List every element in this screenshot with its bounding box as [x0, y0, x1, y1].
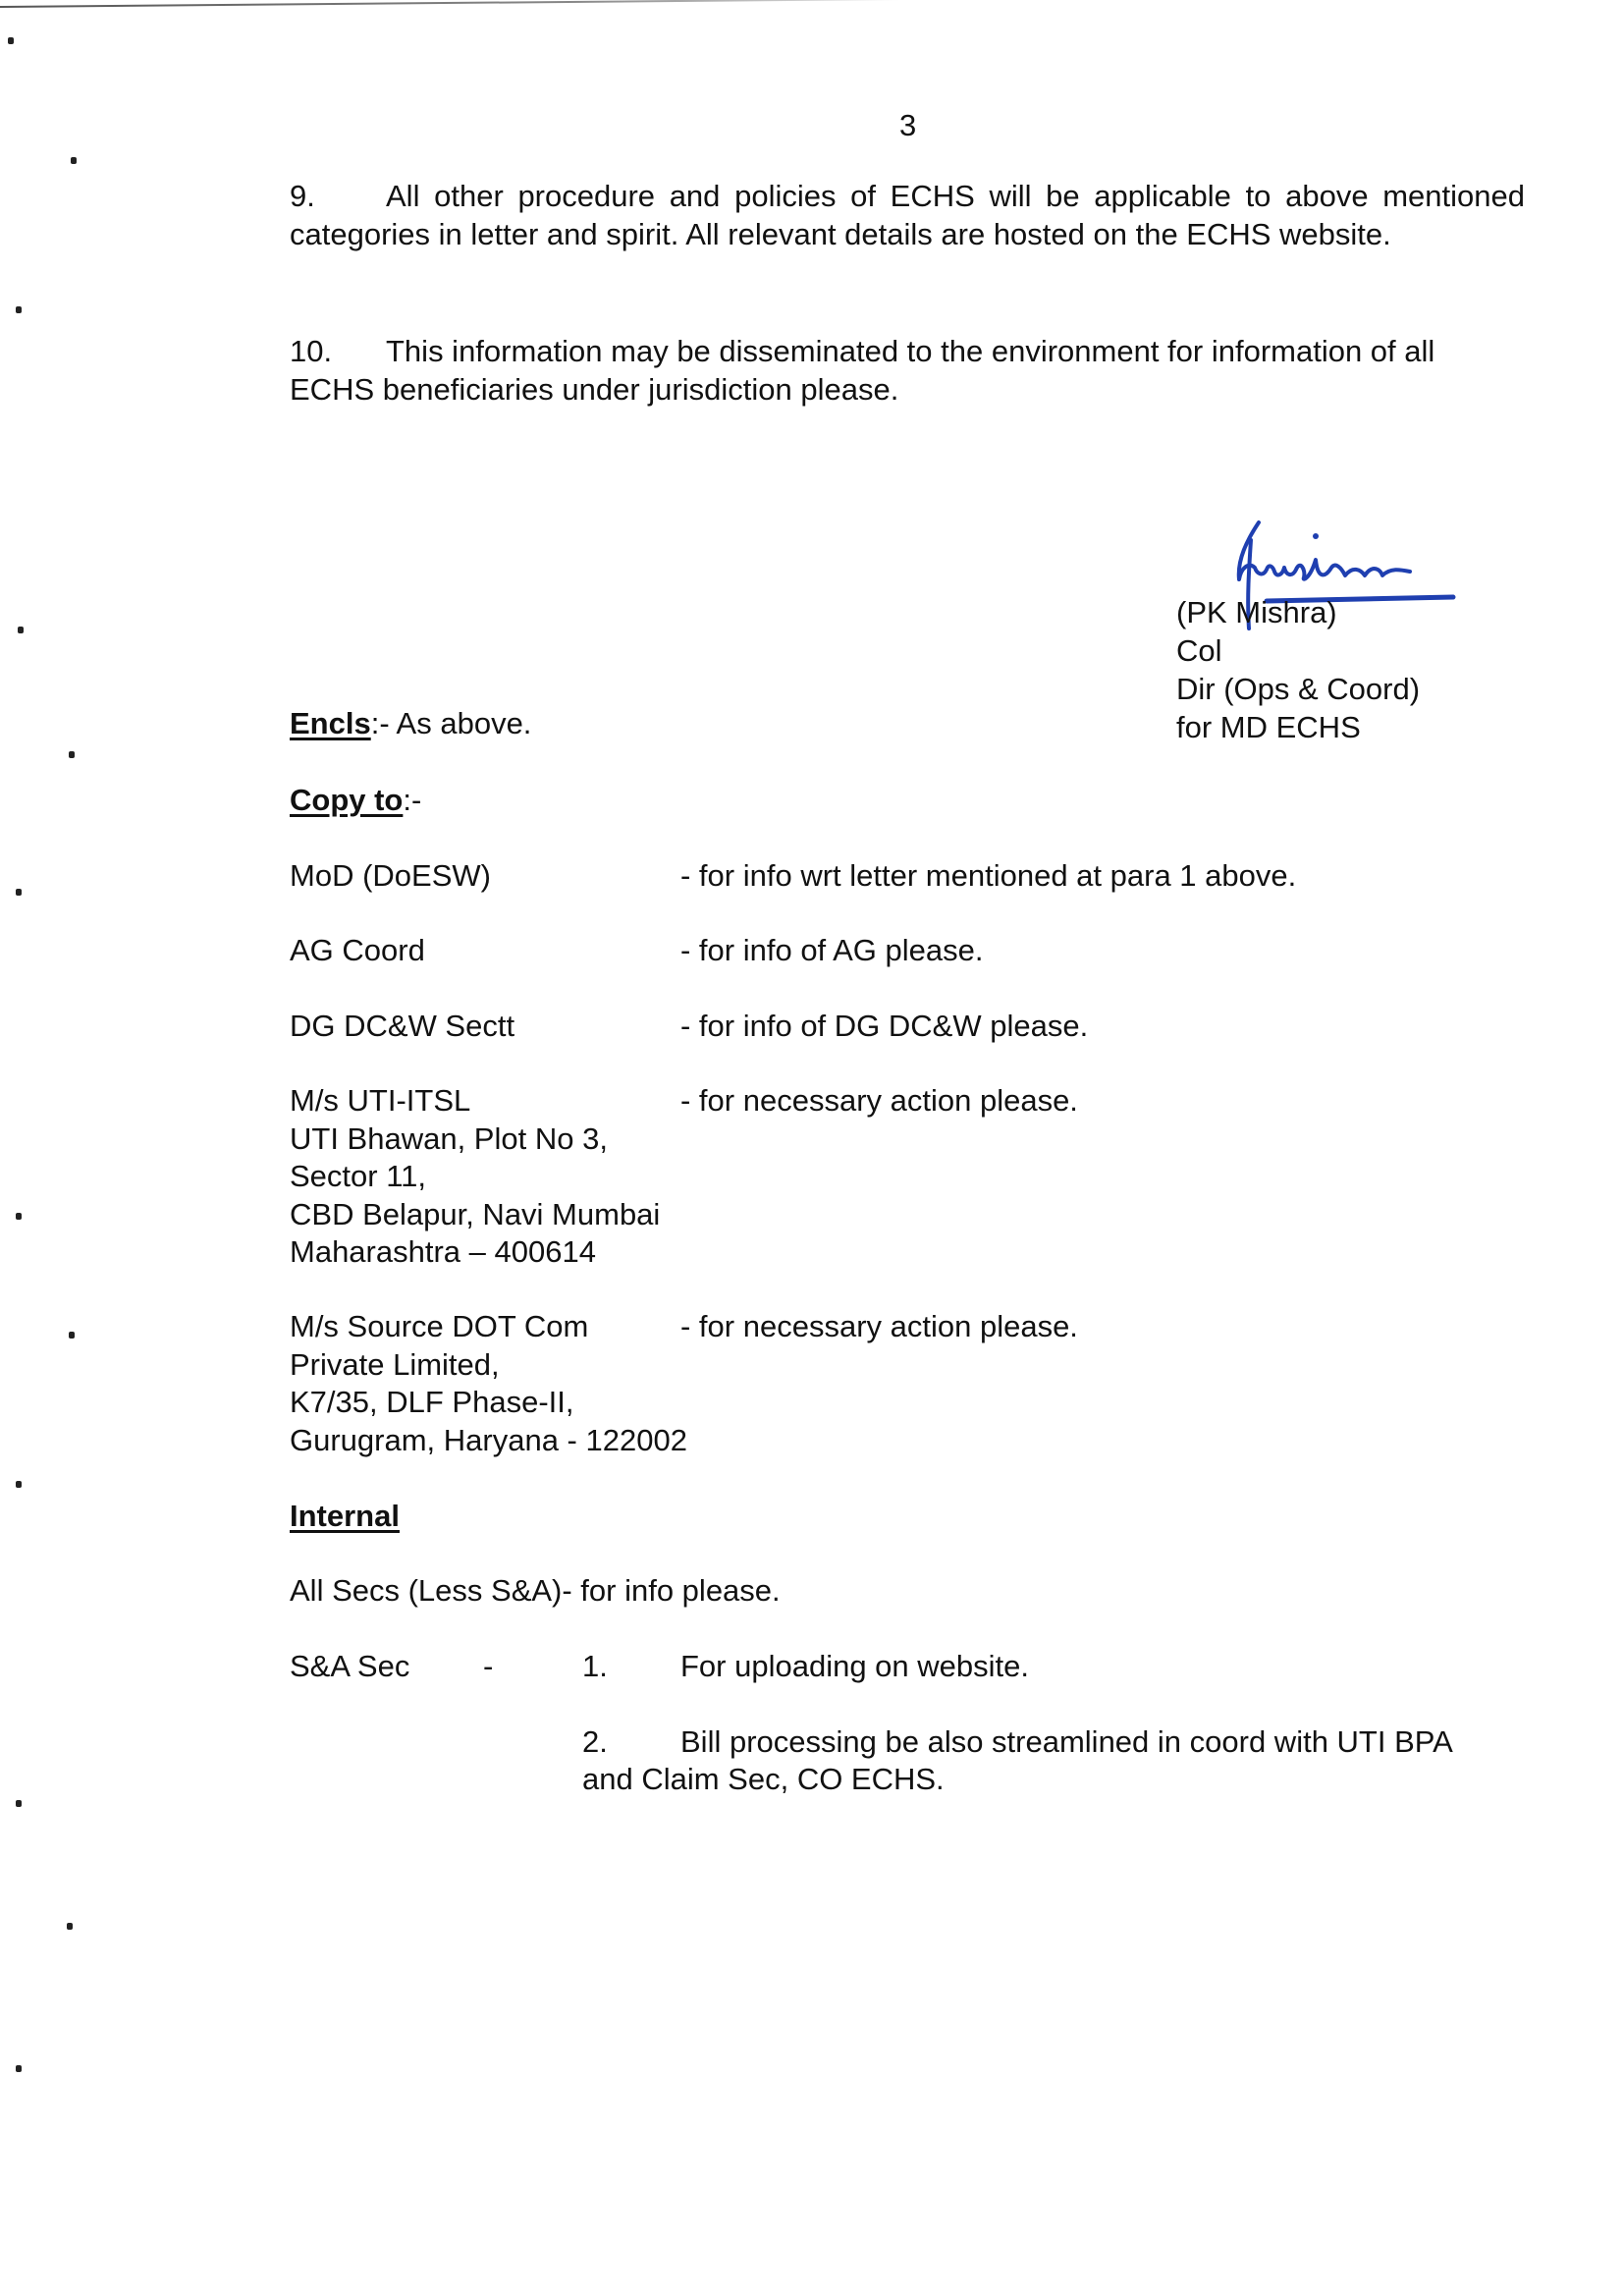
copy-to-suffix: :-: [403, 783, 421, 817]
internal-label: Internal: [290, 1499, 400, 1533]
scan-speck: [69, 1332, 75, 1339]
enclosures-line: Encls:- As above.: [290, 704, 531, 742]
scan-speck: [71, 157, 77, 164]
signature-block: (PK Mishra) Col Dir (Ops & Coord) for MD…: [1176, 593, 1420, 746]
recipient-address-line: Private Limited,: [290, 1345, 500, 1384]
recipient-name: M/s Source DOT Com: [290, 1307, 588, 1345]
sa-item-text: Bill processing be also streamlined in c…: [680, 1722, 1453, 1761]
recipient-name: AG Coord: [290, 931, 425, 969]
scan-speck: [67, 1923, 73, 1930]
recipient-address-line: CBD Belapur, Navi Mumbai: [290, 1195, 660, 1233]
sa-item-text: For uploading on website.: [680, 1647, 1029, 1685]
enclosures-value: :- As above.: [371, 706, 532, 740]
scan-speck: [18, 627, 24, 633]
scan-speck: [16, 1213, 22, 1220]
signatory-for: for MD ECHS: [1176, 708, 1420, 746]
recipient-address-line: Sector 11,: [290, 1157, 426, 1195]
recipient-name: M/s UTI-ITSL: [290, 1081, 470, 1120]
scan-speck: [16, 306, 22, 313]
signatory-designation: Dir (Ops & Coord): [1176, 670, 1420, 708]
scan-speck: [8, 37, 14, 44]
copy-to-heading: Copy to:-: [290, 781, 421, 819]
internal-heading: Internal: [290, 1497, 400, 1535]
signatory-rank: Col: [1176, 631, 1420, 670]
scan-speck: [16, 1481, 22, 1488]
paragraph-number: 9.: [290, 178, 386, 216]
sa-item-number: 1.: [582, 1647, 608, 1685]
signatory-name: (PK Mishra): [1176, 593, 1420, 631]
paragraph-9: 9.All other procedure and policies of EC…: [290, 178, 1525, 253]
sa-sec-dash: -: [483, 1647, 493, 1685]
recipient-purpose: - for info of DG DC&W please.: [680, 1007, 1088, 1045]
scan-speck: [16, 889, 22, 896]
sa-sec-label: S&A Sec: [290, 1647, 409, 1685]
recipient-purpose: - for info of AG please.: [680, 931, 983, 969]
recipient-name: MoD (DoESW): [290, 856, 491, 895]
recipient-address-line: K7/35, DLF Phase-II,: [290, 1383, 573, 1421]
paragraph-text: All other procedure and policies of ECHS…: [290, 179, 1525, 251]
recipient-name: DG DC&W Sectt: [290, 1007, 514, 1045]
recipient-purpose: - for necessary action please.: [680, 1081, 1078, 1120]
paragraph-10: 10.This information may be disseminated …: [290, 333, 1525, 409]
recipient-address-line: UTI Bhawan, Plot No 3,: [290, 1120, 608, 1158]
scan-edge-line: [0, 0, 962, 8]
paragraph-text: This information may be disseminated to …: [290, 334, 1434, 407]
scan-speck: [16, 2065, 22, 2072]
recipient-purpose: - for info wrt letter mentioned at para …: [680, 856, 1296, 895]
page-number: 3: [899, 106, 916, 144]
scan-speck: [69, 751, 75, 758]
recipient-address-line: Gurugram, Haryana - 122002: [290, 1421, 687, 1459]
enclosures-label: Encls: [290, 706, 371, 740]
all-secs-line: All Secs (Less S&A)- for info please.: [290, 1571, 781, 1610]
sa-item-number: 2.: [582, 1722, 608, 1761]
copy-to-label: Copy to: [290, 783, 403, 817]
paragraph-number: 10.: [290, 333, 386, 371]
sa-item-continuation: and Claim Sec, CO ECHS.: [582, 1760, 945, 1798]
recipient-address-line: Maharashtra – 400614: [290, 1232, 596, 1271]
recipient-purpose: - for necessary action please.: [680, 1307, 1078, 1345]
scan-speck: [16, 1800, 22, 1807]
